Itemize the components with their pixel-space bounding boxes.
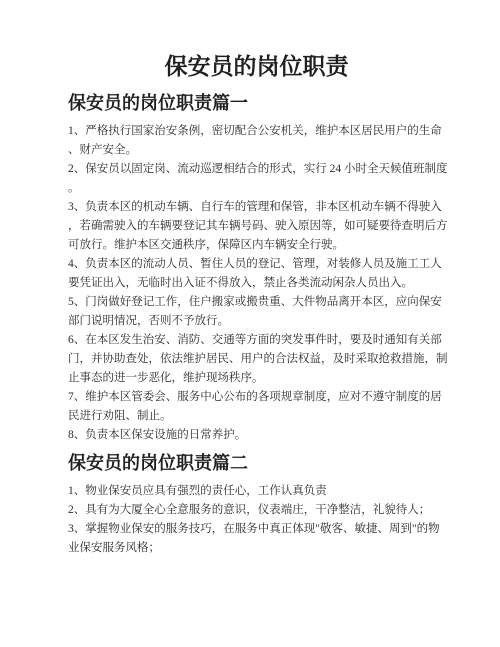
paragraph: 3、负责本区的机动车辆、自行车的管理和保管，非本区机动车辆不得驶入，若确需驶入的…	[68, 198, 445, 255]
paragraph-line: 要凭证出入，无临时出入证不得放入，禁止各类流动闲杂人员出入。	[68, 274, 445, 293]
paragraph-line: 1、物业保安员应具有强烈的责任心，工作认真负责	[68, 482, 445, 501]
paragraph-line: 5、门岗做好登记工作，住户搬家或搬贵重、大件物品离开本区，应向保安	[68, 293, 445, 312]
paragraph-line: 4、负责本区的流动人员、暂住人员的登记、管理，对装修人员及施工工人	[68, 255, 445, 274]
paragraph-line: 2、保安员以固定岗、流动巡逻相结合的形式，实行 24 小时全天候值班制度	[68, 160, 445, 179]
paragraph-line: 、财产安全。	[68, 141, 445, 160]
document-page: 保安员的岗位职责 保安员的岗位职责篇一1、严格执行国家治安条例，密切配合公安机关…	[0, 0, 500, 647]
paragraph: 1、严格执行国家治安条例，密切配合公安机关，维护本区居民用户的生命、财产安全。	[68, 122, 445, 160]
document-title: 保安员的岗位职责	[68, 52, 445, 82]
paragraph-line: 3、掌握物业保安的服务技巧，在服务中真正体现"敬客、敏捷、周到"的物	[68, 520, 445, 539]
paragraph: 4、负责本区的流动人员、暂住人员的登记、管理，对装修人员及施工工人要凭证出入，无…	[68, 255, 445, 293]
section-heading: 保安员的岗位职责篇二	[68, 451, 445, 475]
paragraph: 1、物业保安员应具有强烈的责任心，工作认真负责	[68, 482, 445, 501]
paragraph-line: 2、具有为大厦全心全意服务的意识，仪表端庄，干净整洁，礼貌待人；	[68, 501, 445, 520]
paragraph: 7、维护本区管委会、服务中心公布的各项规章制度，应对不遵守制度的居民进行劝阻、制…	[68, 388, 445, 426]
paragraph-line: 部门说明情况，否则不予放行。	[68, 312, 445, 331]
paragraph: 2、具有为大厦全心全意服务的意识，仪表端庄，干净整洁，礼貌待人；	[68, 501, 445, 520]
paragraph-line: 。	[68, 179, 445, 198]
paragraph-line: 止事态的进一步恶化，维护现场秩序。	[68, 369, 445, 388]
paragraph: 5、门岗做好登记工作，住户搬家或搬贵重、大件物品离开本区，应向保安部门说明情况，…	[68, 293, 445, 331]
document-body: 保安员的岗位职责篇一1、严格执行国家治安条例，密切配合公安机关，维护本区居民用户…	[68, 91, 445, 558]
paragraph: 8、负责本区保安设施的日常养护。	[68, 426, 445, 445]
paragraph-line: 6、在本区发生治安、消防、交通等方面的突发事件时，要及时通知有关部	[68, 331, 445, 350]
paragraph-line: 可放行。维护本区交通秩序，保障区内车辆安全行驶。	[68, 236, 445, 255]
paragraph-line: 门，并协助查处，依法维护居民、用户的合法权益，及时采取抢救措施，制	[68, 350, 445, 369]
paragraph: 2、保安员以固定岗、流动巡逻相结合的形式，实行 24 小时全天候值班制度。	[68, 160, 445, 198]
paragraph: 6、在本区发生治安、消防、交通等方面的突发事件时，要及时通知有关部门，并协助查处…	[68, 331, 445, 388]
paragraph-line: 业保安服务风格；	[68, 539, 445, 558]
paragraph: 3、掌握物业保安的服务技巧，在服务中真正体现"敬客、敏捷、周到"的物业保安服务风…	[68, 520, 445, 558]
paragraph-line: ，若确需驶入的车辆要登记其车辆号码、驶入原因等，如可疑要待查明后方	[68, 217, 445, 236]
paragraph-line: 3、负责本区的机动车辆、自行车的管理和保管，非本区机动车辆不得驶入	[68, 198, 445, 217]
paragraph-line: 8、负责本区保安设施的日常养护。	[68, 426, 445, 445]
paragraph-line: 民进行劝阻、制止。	[68, 407, 445, 426]
paragraph-line: 1、严格执行国家治安条例，密切配合公安机关，维护本区居民用户的生命	[68, 122, 445, 141]
section-heading: 保安员的岗位职责篇一	[68, 91, 445, 115]
paragraph-line: 7、维护本区管委会、服务中心公布的各项规章制度，应对不遵守制度的居	[68, 388, 445, 407]
